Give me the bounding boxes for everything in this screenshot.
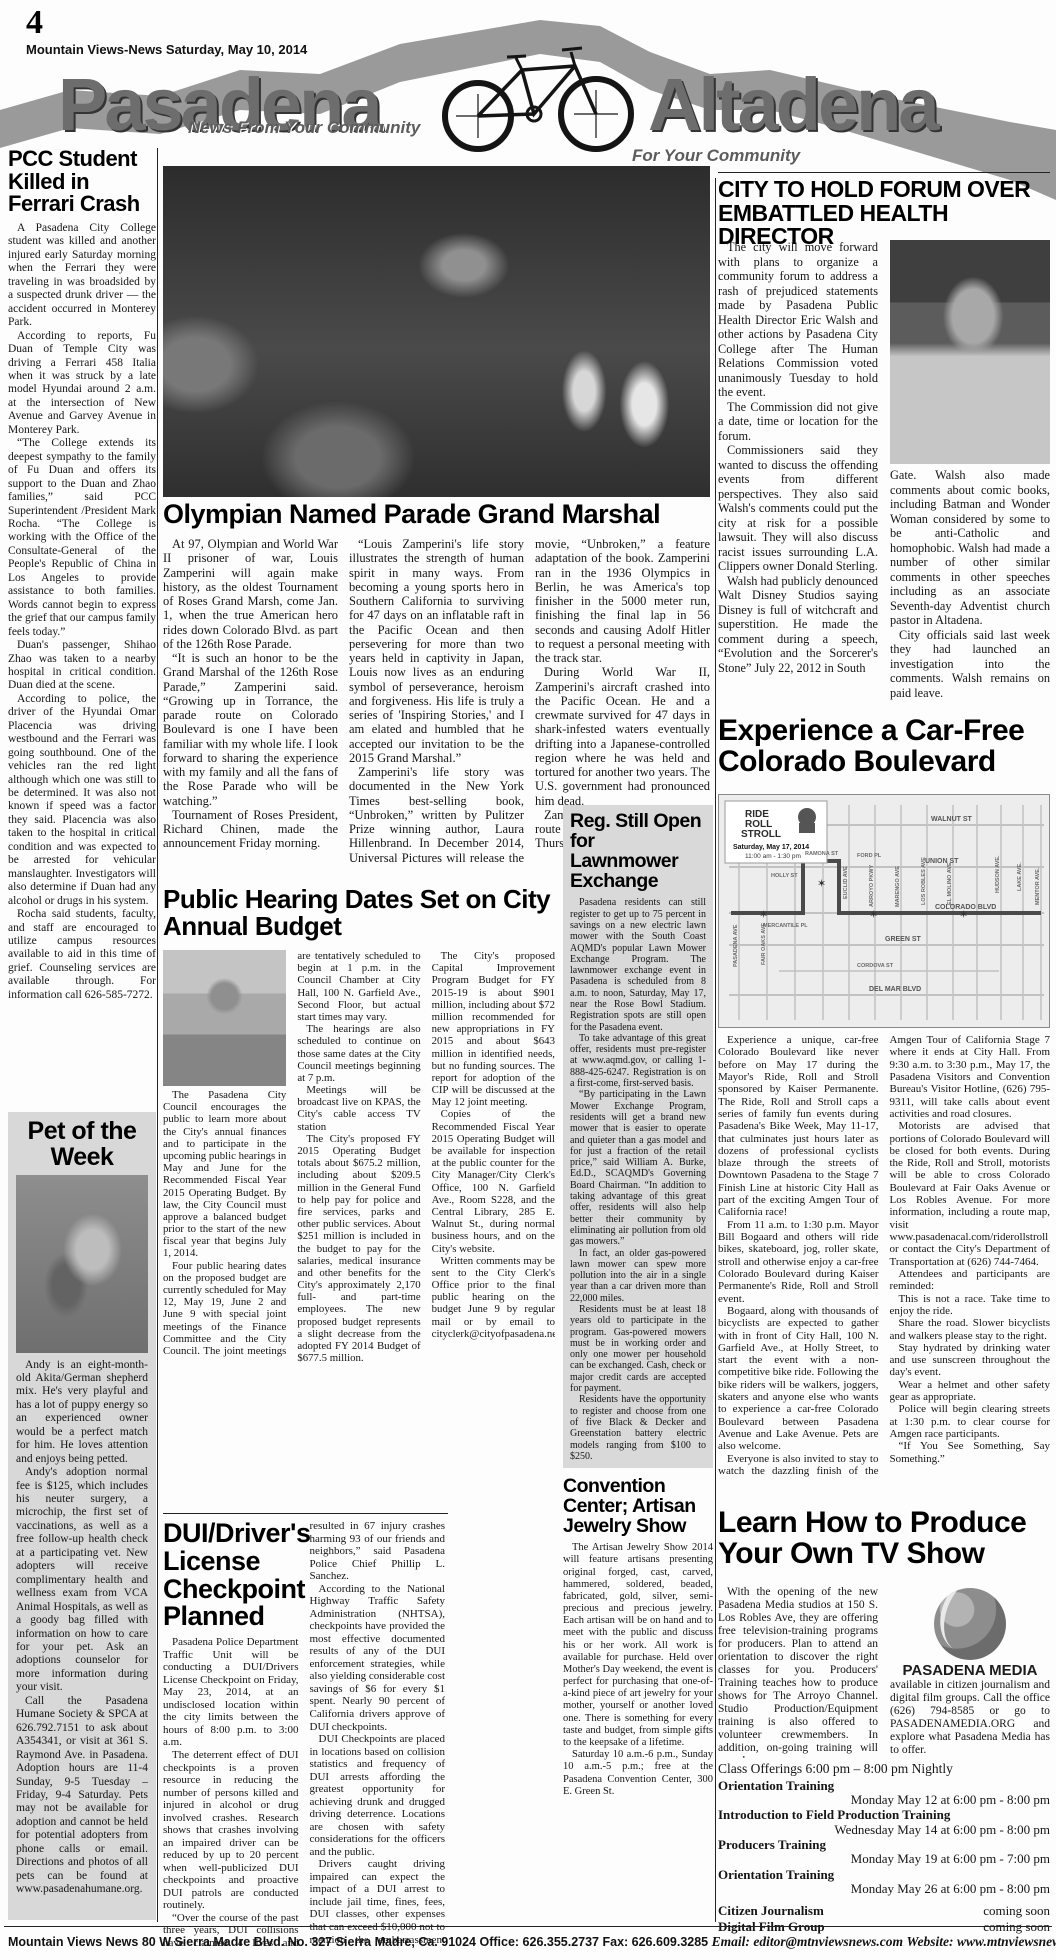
svg-text:ARROYO PKWY: ARROYO PKWY [869, 865, 875, 908]
svg-text:DEL MAR BLVD: DEL MAR BLVD [869, 986, 921, 993]
class-row: Producers Training Monday May 19 at 6:00… [718, 1838, 1050, 1867]
badge-time: 11:00 am - 1:30 pm [745, 853, 801, 860]
column-divider [715, 178, 716, 1922]
paragraph: Residents must be at least 18 years old … [570, 1304, 706, 1394]
class-offerings-header: Class Offerings 6:00 pm – 8:00 pm Nightl… [718, 1762, 1050, 1777]
footer-website-label: Website: [906, 1934, 953, 1949]
paragraph: During World War II, Zamperini's aircraf… [535, 665, 710, 808]
svg-text:FORD PL: FORD PL [857, 853, 882, 859]
paragraph: Andy's adoption normal fee is $125, whic… [16, 1466, 148, 1695]
svg-text:LAKE AVE.: LAKE AVE. [1017, 862, 1023, 891]
svg-text:GREEN ST: GREEN ST [885, 936, 922, 943]
paragraph: The Artisan Jewelry Show 2014 will featu… [563, 1542, 713, 1749]
paragraph: Copies of the Recommended Fiscal Year 20… [432, 1108, 555, 1254]
budget-article-body: The Pasadena City Council encourages the… [163, 950, 555, 1508]
class-name: Producers Training [718, 1838, 826, 1852]
class-name: Orientation Training [718, 1868, 834, 1882]
paragraph: Duan's passenger, Shihao Zhao was taken … [8, 639, 156, 693]
paragraph: “Louis Zamperini's life story illustrate… [349, 537, 524, 765]
class-time: Monday May 26 at 6:00 pm - 8:00 pm [718, 1882, 1050, 1896]
pet-article-body: Andy is an eight-month-old Akita/German … [16, 1359, 148, 1897]
class-name: Orientation Training [718, 1779, 834, 1793]
paragraph: “The College extends its deepest sympath… [8, 437, 156, 639]
paragraph: Saturday 10 a.m.-6 p.m., Sunday 10 a.m.-… [563, 1749, 713, 1798]
paragraph: The deterrent effect of DUI checkpoints … [163, 1749, 299, 1912]
footer-info: Mountain Views News 80 W Sierra Madre Bl… [8, 1935, 708, 1949]
forum-column-1: The city will move forward with plans to… [718, 240, 878, 712]
paragraph: The Commission did not give a date, time… [718, 400, 878, 444]
pasadena-media-wordmark: PASADENA MEDIA [890, 1662, 1050, 1679]
pasadena-media-logo-icon [934, 1588, 1006, 1660]
paragraph: The City's proposed Capital Improvement … [432, 950, 555, 1108]
divider-rule [718, 172, 1050, 173]
svg-text:MARENGO AVE: MARENGO AVE [895, 866, 901, 907]
pcc-article-headline: PCC Student Killed in Ferrari Crash [8, 148, 156, 216]
paragraph: To take advantage of this great offer, r… [570, 1033, 706, 1089]
pet-of-the-week-box: Pet of the Week Andy is an eight-month-o… [8, 1112, 156, 1920]
class-name: Introduction to Field Production Trainin… [718, 1808, 950, 1822]
svg-text:UNION ST: UNION ST [925, 858, 959, 865]
paragraph: DUI Checkpoints are placed in locations … [310, 1733, 446, 1858]
class-time: coming soon [983, 1904, 1050, 1918]
footer-email-label: Email: [712, 1934, 750, 1949]
eric-walsh-portrait-photo [890, 240, 1050, 464]
masthead-title-altadena: Altadena [648, 62, 937, 147]
route-map: ✶✶✶✶ RIDE ROLL STROLL Saturday, May 17, … [718, 794, 1050, 1028]
paragraph: Commissioners said they wanted to discus… [718, 443, 878, 574]
forum-article-body: The city will move forward with plans to… [718, 240, 1050, 712]
carfree-article-body: Experience a unique, car-free Colorado B… [718, 1034, 1050, 1506]
paragraph: At 97, Olympian and World War II prisone… [163, 537, 338, 651]
convention-article: Convention Center; Artisan Jewelry Show … [563, 1476, 713, 1922]
paragraph: A Pasadena City College student was kill… [8, 222, 156, 330]
class-time: Monday May 19 at 6:00 pm - 7:00 pm [718, 1852, 1050, 1866]
lawnmower-article-body: Pasadena residents can still register to… [570, 897, 706, 1462]
paragraph: “By participating in the Lawn Mower Exch… [570, 1089, 706, 1247]
forum-article-headline: CITY TO HOLD FORUM OVER EMBATTLED HEALTH… [718, 178, 1050, 249]
route-map-svg: ✶✶✶✶ RIDE ROLL STROLL Saturday, May 17, … [719, 795, 1049, 1027]
paragraph: “It is such an honor to be the Grand Mar… [163, 651, 338, 808]
paragraph: The city will move forward with plans to… [718, 240, 878, 400]
svg-text:✶: ✶ [759, 909, 768, 921]
paragraph: Call the Pasadena Humane Society & SPCA … [16, 1695, 148, 1897]
lawnmower-headline: Reg. Still Open for Lawnmower Exchange [570, 811, 706, 891]
paragraph: Share the road. Slower bicyclists and wa… [890, 1317, 1051, 1342]
paragraph: Tournament of Roses President, Richard C… [163, 808, 338, 851]
paragraph: Attendees and participants are reminded: [890, 1268, 1051, 1293]
paragraph: According to reports, Fu Duan of Temple … [8, 330, 156, 438]
paragraph: Stay hydrated by drinking water and use … [890, 1342, 1051, 1379]
paragraph: Pasadena Police Department Traffic Unit … [163, 1636, 299, 1749]
badge-stroll: STROLL [741, 829, 781, 840]
page-number: 4 [26, 4, 43, 42]
paragraph: Meetings will be broadcast live on KPAS,… [297, 1084, 420, 1133]
paragraph: With the opening of the new Pasadena Med… [718, 1586, 878, 1758]
tvshow-article-body: With the opening of the new Pasadena Med… [718, 1586, 1050, 1758]
paragraph: In fact, an older gas-powered lawn mower… [570, 1248, 706, 1304]
paragraph: “If You See Something, Say Something.” [890, 1440, 1051, 1465]
footer-email: editor@mtnviewsnews.com [753, 1934, 903, 1949]
budget-article-headline: Public Hearing Dates Set on City Annual … [163, 886, 593, 940]
class-offerings-list: Class Offerings 6:00 pm – 8:00 pm Nightl… [718, 1762, 1050, 1935]
tvshow-article-headline: Learn How to Produce Your Own TV Show [718, 1508, 1050, 1570]
pet-headline: Pet of the Week [18, 1118, 146, 1171]
paragraph: Bogaard, along with thousands of bicycli… [718, 1305, 879, 1453]
tagline-right: For Your Community [632, 146, 800, 166]
svg-text:PASADENA AVE: PASADENA AVE [733, 924, 739, 967]
class-time: Wednesday May 14 at 6:00 pm - 8:00 pm [718, 1823, 1050, 1837]
tvshow-column-1: With the opening of the new Pasadena Med… [718, 1586, 878, 1758]
paragraph: The City's proposed FY 2015 Operating Bu… [297, 1133, 420, 1365]
svg-text:✶: ✶ [817, 878, 826, 890]
convention-headline: Convention Center; Artisan Jewelry Show [563, 1476, 713, 1536]
masthead: 4 Mountain Views-News Saturday, May 10, … [0, 0, 1056, 170]
pcc-article-body: A Pasadena City College student was kill… [8, 222, 156, 1108]
carfree-article-headline: Experience a Car-Free Colorado Boulevard [718, 716, 1050, 778]
paragraph: Experience a unique, car-free Colorado B… [718, 1034, 879, 1219]
svg-text:RAMONA ST: RAMONA ST [805, 851, 839, 857]
lawnmower-exchange-box: Reg. Still Open for Lawnmower Exchange P… [563, 805, 713, 1468]
paragraph: Andy is an eight-month-old Akita/German … [16, 1359, 148, 1467]
paragraph: Rocha said students, faculty, and staff … [8, 908, 156, 1002]
forum-column-2: Gate. Walsh also made comments about com… [890, 240, 1050, 712]
paragraph: From 11 a.m. to 1:30 p.m. Mayor Bill Bog… [718, 1219, 879, 1305]
svg-text:WALNUT ST: WALNUT ST [931, 816, 973, 823]
paragraph: Police will begin clearing streets at 1:… [890, 1403, 1051, 1440]
svg-text:FAIR OAKS AVE: FAIR OAKS AVE [761, 922, 767, 965]
dui-article: DUI/Driver's License Checkpoint Planned … [163, 1520, 445, 1958]
tvshow-column-2: PASADENA MEDIA available in citizen jour… [890, 1586, 1050, 1758]
svg-text:MERCANTILE PL: MERCANTILE PL [763, 923, 808, 929]
svg-text:HOLLY ST: HOLLY ST [771, 873, 798, 879]
svg-text:MENTOR AVE.: MENTOR AVE. [1035, 867, 1041, 905]
paragraph: Written comments may be sent to the City… [432, 1255, 555, 1340]
class-row: Introduction to Field Production Trainin… [718, 1808, 1050, 1837]
class-row: Orientation Training Monday May 26 at 6:… [718, 1868, 1050, 1897]
newspaper-page: { "page": {"number": "4", "paper_date_li… [0, 0, 1056, 1960]
city-hall-photo [163, 950, 286, 1086]
svg-text:COLORADO BLVD: COLORADO BLVD [935, 904, 996, 911]
svg-text:LOS ROBLES AVE: LOS ROBLES AVE [921, 857, 927, 905]
paragraph: This is not a race. Take time to enjoy t… [890, 1293, 1051, 1318]
tagline-left: News From Your Community [188, 118, 420, 138]
column-divider [157, 148, 158, 1922]
paragraph: Walsh had publicly denounced Walt Disney… [718, 574, 878, 676]
class-row: Citizen Journalism coming soon [718, 1904, 1050, 1918]
paragraph: The Pasadena City Council encourages the… [163, 1089, 286, 1260]
parade-ceremony-photo [163, 166, 710, 497]
paragraph: According to the National Highway Traffi… [310, 1583, 446, 1733]
footer-website: www.mtnviewsnews.com [957, 1934, 1056, 1949]
paragraph: Gate. Walsh also made comments about com… [890, 468, 1050, 628]
paragraph: available in citizen journalism and digi… [890, 1679, 1050, 1757]
dog-photo [16, 1175, 148, 1353]
paragraph: Wear a helmet and other safety gear as a… [890, 1379, 1051, 1404]
svg-text:CORDOVA ST: CORDOVA ST [857, 963, 894, 969]
dui-article-headline: DUI/Driver's License Checkpoint Planned [163, 1520, 299, 1631]
divider-rule [163, 1513, 448, 1514]
paragraph: Pasadena residents can still register to… [570, 897, 706, 1033]
paragraph: The hearings are also scheduled to conti… [297, 1023, 420, 1084]
footer-rule [4, 1926, 1052, 1927]
olympian-article-headline: Olympian Named Parade Grand Marshal [163, 501, 710, 529]
footer: Mountain Views News 80 W Sierra Madre Bl… [8, 1934, 1052, 1950]
paragraph: Motorists are advised that portions of C… [890, 1120, 1051, 1268]
class-time: Monday May 12 at 6:00 pm - 8:00 pm [718, 1793, 1050, 1807]
class-name: Citizen Journalism [718, 1904, 824, 1918]
svg-text:✶: ✶ [869, 909, 878, 921]
convention-article-body: The Artisan Jewelry Show 2014 will featu… [563, 1542, 713, 1798]
svg-text:EL MOLINO AVE: EL MOLINO AVE [947, 862, 953, 905]
paragraph: Residents have the opportunity to regist… [570, 1394, 706, 1462]
badge-date: Saturday, May 17, 2014 [733, 844, 809, 851]
class-row: Orientation Training Monday May 12 at 6:… [718, 1779, 1050, 1808]
svg-text:HUDSON AVE.: HUDSON AVE. [995, 855, 1001, 893]
paper-date-line: Mountain Views-News Saturday, May 10, 20… [26, 42, 307, 57]
svg-text:EUCLID AVE: EUCLID AVE [843, 866, 849, 899]
paragraph: According to police, the driver of the H… [8, 693, 156, 908]
paragraph: City officials said last week they had l… [890, 628, 1050, 701]
